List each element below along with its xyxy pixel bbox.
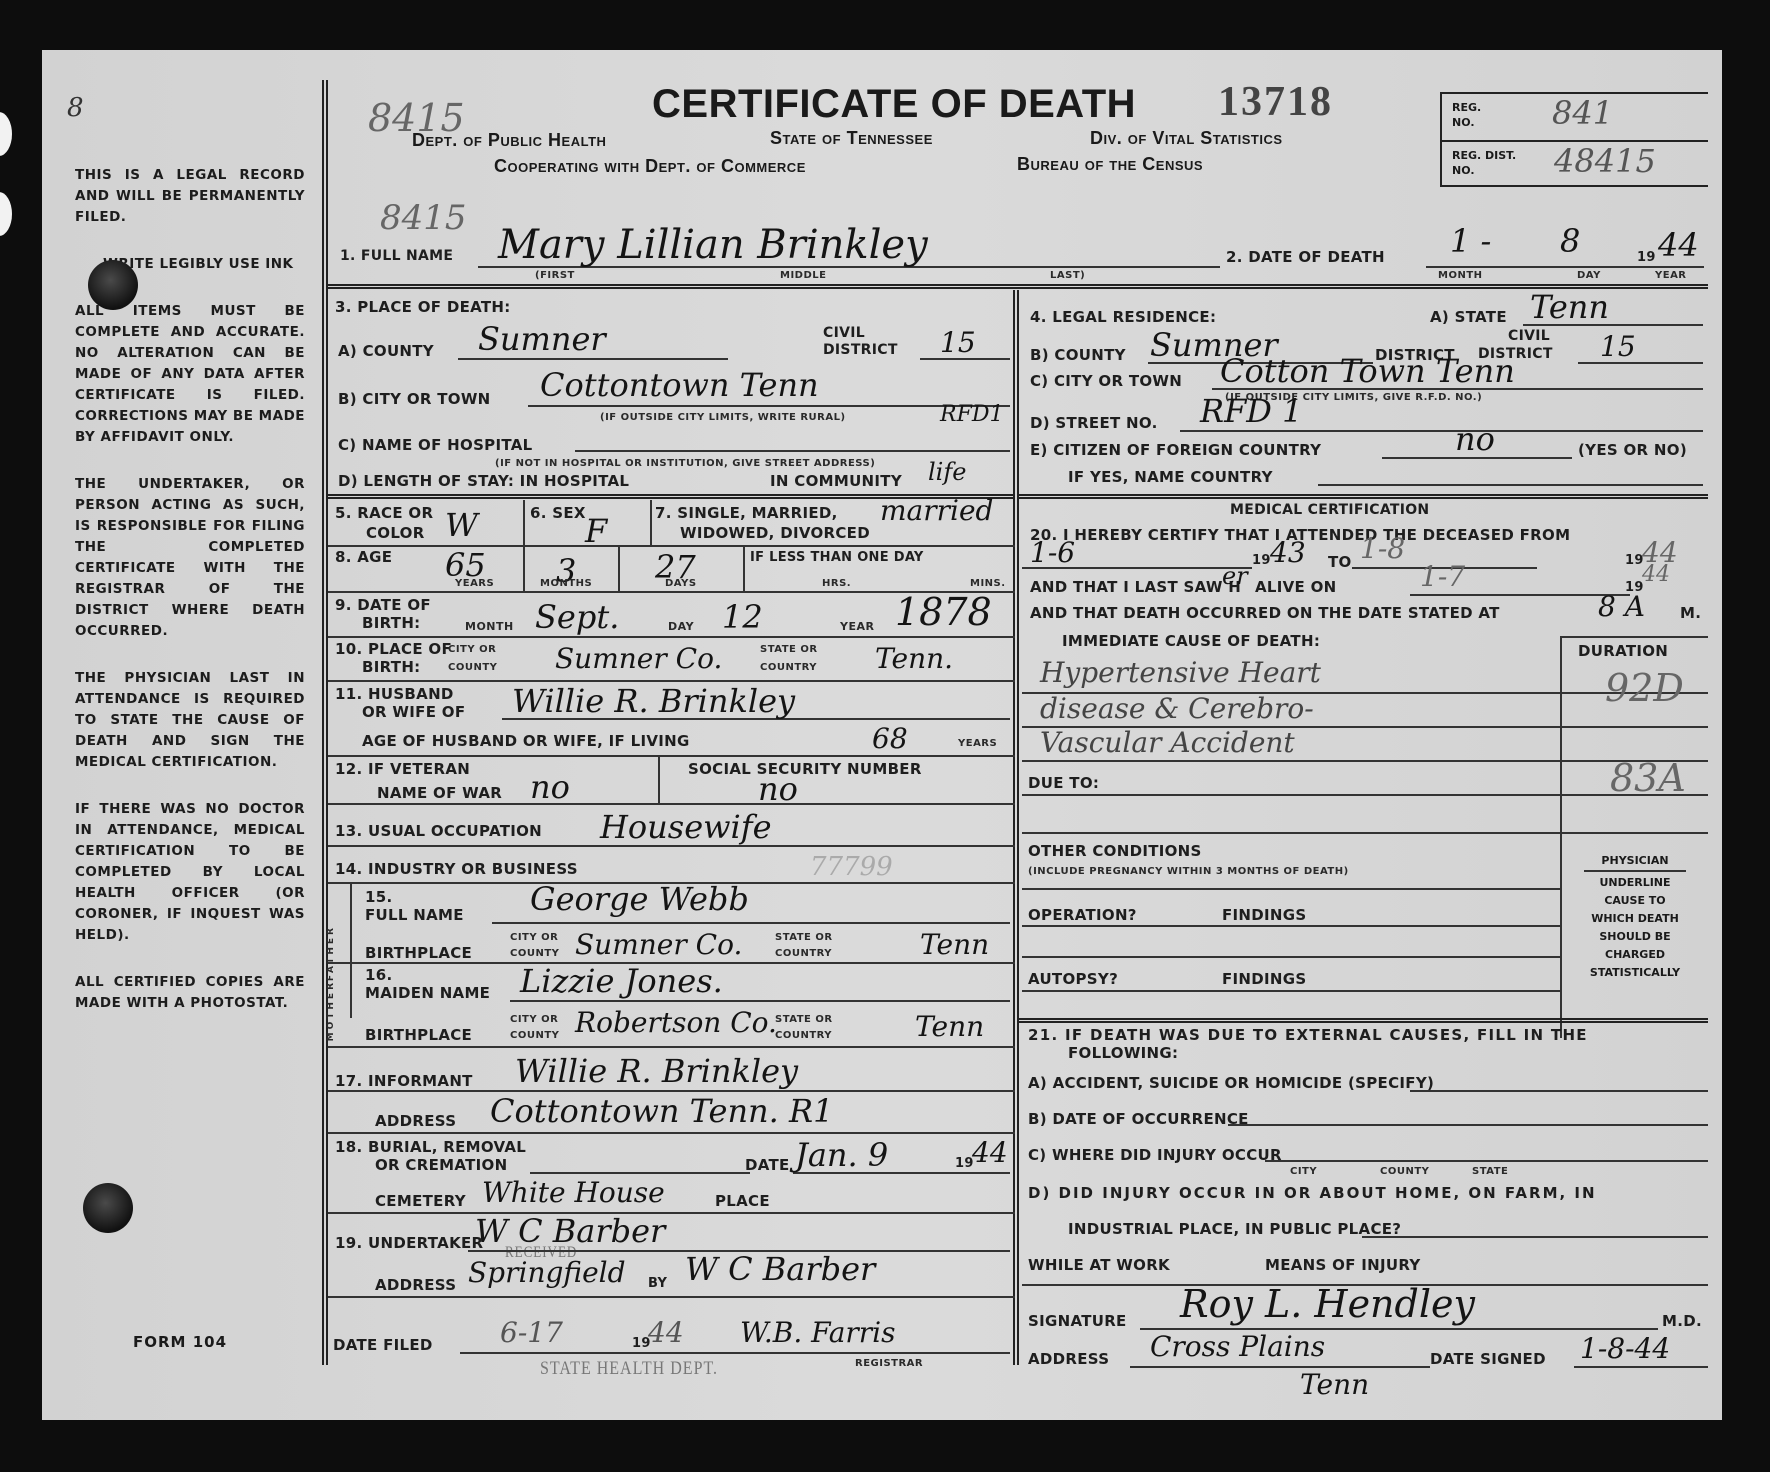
- by-label: BY: [648, 1276, 667, 1291]
- race-value: W: [445, 506, 478, 544]
- death-day: 8: [1560, 222, 1580, 260]
- ext-d-line: [1362, 1236, 1708, 1238]
- cell-divider: [618, 545, 620, 591]
- cause-line-1: Hypertensive Heart: [1040, 656, 1321, 689]
- burial-date-label: DATE: [745, 1156, 790, 1174]
- date-filed-label: DATE FILED: [333, 1336, 433, 1354]
- spouse-name-value: Willie R. Brinkley: [512, 682, 795, 720]
- duration-top: [1560, 636, 1708, 638]
- duration-2: 83A: [1610, 756, 1686, 800]
- in-community-label: IN COMMUNITY: [770, 472, 902, 490]
- film-punch-hole: [0, 112, 12, 156]
- ext-b-label: B) DATE OF OCCURRENCE: [1028, 1110, 1249, 1128]
- res-civil-label: CIVIL: [1508, 328, 1550, 344]
- section-divider: [328, 284, 1708, 289]
- death-time-label: AND THAT DEATH OCCURRED ON THE DATE STAT…: [1030, 604, 1500, 622]
- physician-signature: Roy L. Hendley: [1180, 1282, 1475, 1326]
- burial-date-value: Jan. 9: [795, 1136, 888, 1174]
- date-of-death-line: [1426, 266, 1704, 268]
- bureau-name: Bureau of the Census: [1017, 154, 1203, 175]
- birth-year-value: 1878: [895, 590, 992, 634]
- autopsy-line: [1022, 990, 1560, 992]
- spouse-age-label: AGE OF HUSBAND OR WIFE, IF LIVING: [362, 732, 690, 750]
- death-city-line: [528, 405, 1010, 407]
- informant-address-label: ADDRESS: [375, 1112, 456, 1130]
- father-country-label: COUNTRY: [775, 948, 832, 959]
- cell-divider: [743, 545, 745, 591]
- last-saw-pronoun: er: [1222, 562, 1248, 590]
- ext-a-label: A) ACCIDENT, SUICIDE OR HOMICIDE (SPECIF…: [1028, 1074, 1434, 1092]
- ext-c-county: COUNTY: [1380, 1166, 1429, 1177]
- instruction-legal-record: THIS IS A LEGAL RECORD AND WILL BE PERMA…: [75, 165, 305, 228]
- date-of-death-label: 2. DATE OF DEATH: [1226, 248, 1385, 266]
- death-time-value: 8 A: [1598, 590, 1645, 623]
- last-saw-date: 1-7: [1420, 560, 1465, 593]
- physician-note-line: CHARGED: [1562, 946, 1708, 964]
- informant-value: Willie R. Brinkley: [515, 1052, 798, 1090]
- place-of-death-label: 3. PLACE OF DEATH:: [335, 298, 511, 316]
- instruction-physician: THE PHYSICIAN LAST IN ATTENDANCE IS REQU…: [75, 668, 305, 773]
- registration-box: REG. NO. 841 REG. DIST. NO. 48415: [1440, 92, 1708, 187]
- spouse-age-value: 68: [872, 722, 908, 755]
- war-label: NAME OF WAR: [377, 784, 502, 802]
- birth-year-label: YEAR: [840, 620, 874, 633]
- marital-value: married: [880, 494, 993, 527]
- death-district-label: DISTRICT: [823, 342, 898, 358]
- father-birthplace-label: BIRTHPLACE: [365, 944, 472, 962]
- death-rural-value: RFD1: [940, 402, 1003, 427]
- length-of-stay-label: D) LENGTH OF STAY: IN HOSPITAL: [338, 472, 629, 490]
- burial-line: [530, 1172, 750, 1174]
- birth-day-label: DAY: [668, 620, 694, 633]
- binder-hole: [88, 260, 138, 310]
- date-signed-line: [1574, 1366, 1708, 1368]
- veteran-label: 12. IF VETERAN: [335, 760, 470, 778]
- autopsy-findings-label: FINDINGS: [1222, 970, 1306, 988]
- reg-dist-row: REG. DIST. NO. 48415: [1442, 140, 1708, 187]
- physician-note-line: WHICH DEATH: [1562, 910, 1708, 928]
- undertaker-address-value: Springfield: [468, 1256, 626, 1289]
- from-year-prefix: 19: [1252, 553, 1271, 568]
- death-time-suffix: M.: [1680, 604, 1701, 622]
- row-divider: [328, 755, 1015, 757]
- column-divider: [322, 80, 328, 1365]
- mother-name-line: [510, 1000, 1010, 1002]
- occupation-value: Housewife: [600, 808, 772, 846]
- marital-label-2: WIDOWED, DIVORCED: [680, 524, 870, 542]
- date-filed-value: 6-17: [500, 1316, 563, 1349]
- physician-address-value: Cross Plains: [1150, 1330, 1325, 1363]
- state-health-stamp: STATE HEALTH DEPT.: [540, 1358, 718, 1380]
- due-to-label: DUE TO:: [1028, 774, 1099, 792]
- ext-c-city: CITY: [1290, 1166, 1317, 1177]
- reg-no-row: REG. NO. 841: [1442, 94, 1708, 141]
- ext-b-line: [1228, 1124, 1708, 1126]
- mother-county-label: COUNTY: [510, 1030, 559, 1041]
- res-citizen-label: E) CITIZEN OF FOREIGN COUNTRY: [1030, 441, 1321, 459]
- external-label-2: FOLLOWING:: [1068, 1044, 1178, 1062]
- father-city-label: CITY OR: [510, 932, 558, 943]
- physician-address-value-2: Tenn: [1300, 1368, 1369, 1401]
- from-date: 1-6: [1030, 536, 1075, 569]
- film-border-bottom: [0, 1420, 1770, 1472]
- father-num: 15.: [365, 888, 392, 906]
- res-citizen-note: (YES OR NO): [1578, 441, 1687, 459]
- age-days-sub: DAYS: [665, 578, 697, 589]
- father-name-line: [492, 922, 1010, 924]
- row-divider: [328, 636, 1015, 638]
- death-month: 1 -: [1450, 222, 1491, 260]
- cell-divider: [650, 500, 652, 545]
- middle-divider: [1013, 290, 1019, 1365]
- operation-line-2: [1022, 956, 1560, 958]
- sex-label: 6. SEX: [530, 504, 586, 522]
- informant-label: 17. INFORMANT: [335, 1072, 473, 1090]
- age-mins-sub: MINS.: [970, 578, 1006, 589]
- res-street-value: RFD 1: [1200, 392, 1302, 430]
- cause-line: [1022, 794, 1708, 796]
- birth-state-value: Tenn.: [875, 642, 953, 675]
- ssn-label: SOCIAL SECURITY NUMBER: [688, 760, 922, 778]
- duration-1: 92D: [1605, 666, 1684, 710]
- row-divider: [328, 803, 1015, 805]
- spouse-label: 11. HUSBAND: [335, 685, 454, 703]
- race-label: 5. RACE OR: [335, 504, 433, 522]
- death-county-value: Sumner: [478, 320, 606, 358]
- row-divider: [328, 1212, 1015, 1214]
- birth-date-label: 9. DATE OF: [335, 596, 431, 614]
- film-punch-hole: [0, 192, 12, 236]
- father-city-value: Sumner Co.: [575, 928, 742, 961]
- cause-label: IMMEDIATE CAUSE OF DEATH:: [1062, 632, 1320, 650]
- physician-note-line: SHOULD BE: [1562, 928, 1708, 946]
- instruction-complete: ALL ITEMS MUST BE COMPLETE AND ACCURATE.…: [75, 301, 305, 448]
- date-signed-label: DATE SIGNED: [1430, 1350, 1546, 1368]
- state-name: State of Tennessee: [770, 128, 933, 149]
- res-country-label: IF YES, NAME COUNTRY: [1068, 468, 1273, 486]
- row-divider: [328, 545, 1015, 547]
- death-district-value: 15: [940, 326, 976, 359]
- informant-address-value: Cottontown Tenn. R1: [490, 1092, 833, 1130]
- means-of-injury-label: MEANS OF INJURY: [1265, 1256, 1421, 1274]
- spouse-label-2: OR WIFE OF: [362, 703, 465, 721]
- birth-city-label: CITY OR: [448, 644, 496, 655]
- cause-line-2: disease & Cerebro-: [1040, 692, 1314, 725]
- physician-note-line: UNDERLINE: [1562, 874, 1708, 892]
- form-number: FORM 104: [133, 1333, 227, 1351]
- industry-stamp: 77799: [810, 852, 893, 882]
- reg-dist-label: REG. DIST. NO.: [1452, 148, 1532, 178]
- birth-place-label-2: BIRTH:: [362, 658, 420, 676]
- section-divider: [1019, 1018, 1708, 1023]
- father-state-value: Tenn: [920, 928, 989, 961]
- age-hrs-sub: HRS.: [822, 578, 851, 589]
- occupation-label: 13. USUAL OCCUPATION: [335, 822, 542, 840]
- res-street-line: [1180, 430, 1703, 432]
- mother-name-label: MAIDEN NAME: [365, 984, 490, 1002]
- cell-divider: [523, 545, 525, 591]
- mother-state-label: STATE OR: [775, 1014, 833, 1025]
- cause-line-3: Vascular Accident: [1040, 726, 1295, 759]
- mother-city-label: CITY OR: [510, 1014, 558, 1025]
- physician-note-title: PHYSICIAN: [1584, 852, 1686, 872]
- res-state-label: A) STATE: [1430, 308, 1507, 326]
- registrar-signature: W.B. Farris: [740, 1316, 895, 1349]
- father-county-label: COUNTY: [510, 948, 559, 959]
- mother-birthplace-label: BIRTHPLACE: [365, 1026, 472, 1044]
- less-than-day-label: IF LESS THAN ONE DAY: [750, 550, 924, 565]
- hospital-line: [575, 450, 1010, 452]
- cause-line: [1022, 760, 1708, 762]
- mother-num: 16.: [365, 966, 392, 984]
- death-day-sub: DAY: [1577, 270, 1601, 281]
- birth-county-value: Sumner Co.: [555, 642, 722, 675]
- in-community-value: life: [928, 458, 966, 486]
- burial-label-2: OR CREMATION: [375, 1156, 507, 1174]
- ext-d-label-2: INDUSTRIAL PLACE, IN PUBLIC PLACE?: [1068, 1220, 1401, 1238]
- age-label: 8. AGE: [335, 548, 392, 566]
- war-value: no: [530, 768, 570, 806]
- last-saw-label: AND THAT I LAST SAW H: [1030, 578, 1241, 596]
- burial-year-prefix: 19: [955, 1156, 974, 1171]
- registrar-label: REGISTRAR: [855, 1358, 923, 1369]
- ext-c-state: STATE: [1472, 1166, 1508, 1177]
- physician-note-line: CAUSE TO: [1562, 892, 1708, 910]
- res-county-label: B) COUNTY: [1030, 346, 1126, 364]
- father-name-label: FULL NAME: [365, 906, 464, 924]
- operation-findings-label: FINDINGS: [1222, 906, 1306, 924]
- res-country-line: [1318, 484, 1703, 486]
- external-label: 21. IF DEATH WAS DUE TO EXTERNAL CAUSES,…: [1028, 1026, 1588, 1044]
- division-name: Div. of Vital Statistics: [1090, 128, 1283, 149]
- document-title: CERTIFICATE OF DEATH: [652, 82, 1136, 127]
- hospital-note: (IF NOT IN HOSPITAL OR INSTITUTION, GIVE…: [495, 458, 875, 469]
- duration-label: DURATION: [1578, 642, 1668, 660]
- age-years-sub: YEARS: [455, 578, 494, 589]
- to-label: TO: [1328, 553, 1352, 571]
- death-city-label: B) CITY OR TOWN: [338, 390, 491, 408]
- full-name-middle-sub: MIDDLE: [780, 270, 826, 281]
- father-state-label: STATE OR: [775, 932, 833, 943]
- physician-note-line: STATISTICALLY: [1562, 964, 1708, 982]
- age-months-sub: MONTHS: [540, 578, 592, 589]
- mother-country-label: COUNTRY: [775, 1030, 832, 1041]
- ext-c-label: C) WHERE DID INJURY OCCUR: [1028, 1146, 1282, 1164]
- operation-label: OPERATION?: [1028, 906, 1137, 924]
- undertaker-address-label: ADDRESS: [375, 1276, 456, 1294]
- date-signed-value: 1-8-44: [1580, 1332, 1670, 1365]
- other-line: [1022, 888, 1560, 890]
- father-side-label: FATHER: [326, 925, 336, 981]
- cell-divider: [658, 755, 660, 803]
- reg-no-value: 841: [1552, 94, 1613, 132]
- instruction-undertaker: THE UNDERTAKER, OR PERSON ACTING AS SUCH…: [75, 474, 305, 642]
- full-name-label: 1. FULL NAME: [340, 248, 453, 264]
- reg-no-label: REG. NO.: [1452, 100, 1492, 130]
- death-year: 44: [1658, 226, 1699, 264]
- signature-label: SIGNATURE: [1028, 1312, 1127, 1330]
- due-to-line: [1022, 832, 1708, 834]
- instruction-photostat: ALL CERTIFIED COPIES ARE MADE WITH A PHO…: [75, 972, 305, 1014]
- full-name-first-sub: (FIRST: [535, 270, 575, 281]
- birth-country-label: COUNTRY: [760, 662, 817, 673]
- undertaker-label: 19. UNDERTAKER: [335, 1234, 483, 1252]
- death-county-label: A) COUNTY: [338, 342, 434, 360]
- by-value: W C Barber: [685, 1250, 875, 1288]
- to-year-prefix: 19: [1625, 553, 1644, 568]
- ext-d-label: D) DID INJURY OCCUR IN OR ABOUT HOME, ON…: [1028, 1184, 1597, 1202]
- physician-address-line: [1130, 1366, 1430, 1368]
- race-color-label: COLOR: [366, 524, 425, 542]
- last-saw-line: [1410, 594, 1630, 596]
- father-name-value: George Webb: [530, 880, 749, 918]
- hospital-label: C) NAME OF HOSPITAL: [338, 436, 532, 454]
- birth-month-label: MONTH: [465, 620, 514, 633]
- birth-state-label: STATE OR: [760, 644, 818, 655]
- res-citizen-value: no: [1455, 420, 1495, 458]
- cell-divider: [350, 882, 352, 1018]
- death-civil-label: CIVIL: [823, 325, 865, 341]
- md-label: M.D.: [1662, 1312, 1702, 1330]
- date-filed-line: [460, 1352, 1010, 1354]
- row-divider: [328, 1296, 1015, 1298]
- binder-hole: [83, 1183, 133, 1233]
- cell-divider: [523, 500, 525, 545]
- ext-a-line: [1410, 1090, 1708, 1092]
- death-county-line: [458, 358, 728, 360]
- mother-name-value: Lizzie Jones.: [520, 962, 723, 1000]
- birth-county-label: COUNTY: [448, 662, 497, 673]
- full-name-last-sub: LAST): [1050, 270, 1085, 281]
- death-year-prefix: 19: [1637, 250, 1656, 265]
- res-state-value: Tenn: [1530, 288, 1609, 326]
- mother-city-value: Robertson Co.: [575, 1006, 777, 1039]
- birth-place-label: 10. PLACE OF: [335, 640, 452, 658]
- burial-year: 44: [972, 1136, 1008, 1169]
- row-divider: [328, 1132, 1015, 1134]
- death-city-value: Cottontown Tenn: [540, 366, 819, 404]
- res-district-line: [1578, 362, 1703, 364]
- medical-heading: MEDICAL CERTIFICATION: [1230, 502, 1429, 518]
- cemetery-label: CEMETERY: [375, 1192, 466, 1210]
- mother-side-label: MOTHER: [326, 980, 336, 1041]
- death-city-note: (IF OUTSIDE CITY LIMITS, WRITE RURAL): [600, 412, 846, 423]
- dept-public-health: Dept. of Public Health: [412, 130, 606, 151]
- cemetery-value: White House: [482, 1176, 665, 1209]
- handwritten-file-number: 8415: [380, 198, 467, 238]
- birth-date-label-2: BIRTH:: [362, 614, 420, 632]
- birth-day-value: 12: [722, 598, 763, 636]
- to-date: 1-8: [1360, 532, 1405, 565]
- legal-residence-label: 4. LEGAL RESIDENCE:: [1030, 308, 1216, 326]
- spouse-age-unit: YEARS: [958, 738, 997, 749]
- page-mark: 8: [67, 93, 84, 123]
- last-saw-label-2: ALIVE ON: [1255, 578, 1337, 596]
- birth-month-value: Sept.: [535, 598, 619, 636]
- other-conditions-note: (INCLUDE PREGNANCY WITHIN 3 MONTHS OF DE…: [1028, 866, 1349, 877]
- ext-c-line: [1265, 1160, 1708, 1162]
- instruction-no-doctor: IF THERE WAS NO DOCTOR IN ATTENDANCE, ME…: [75, 799, 305, 946]
- res-street-label: D) STREET NO.: [1030, 414, 1158, 432]
- operation-line: [1022, 925, 1560, 927]
- cooperating-dept: Cooperating with Dept. of Commerce: [494, 156, 806, 177]
- res-city-value: Cotton Town Tenn: [1220, 352, 1515, 390]
- section-divider: [1019, 494, 1708, 499]
- date-filed-year: 44: [648, 1316, 684, 1349]
- place-label: PLACE: [715, 1192, 770, 1210]
- mother-state-value: Tenn: [915, 1010, 984, 1043]
- other-conditions-label: OTHER CONDITIONS: [1028, 842, 1202, 860]
- physician-address-label: ADDRESS: [1028, 1350, 1109, 1368]
- death-month-sub: MONTH: [1438, 270, 1483, 281]
- last-saw-year: 44: [1642, 562, 1670, 587]
- burial-label: 18. BURIAL, REMOVAL: [335, 1138, 526, 1156]
- row-divider: [328, 845, 1015, 847]
- while-at-work-label: WHILE AT WORK: [1028, 1256, 1170, 1274]
- autopsy-label: AUTOPSY?: [1028, 970, 1118, 988]
- physician-note: PHYSICIAN UNDERLINE CAUSE TO WHICH DEATH…: [1562, 852, 1708, 982]
- certificate-number: 13718: [1218, 78, 1333, 126]
- res-city-label: C) CITY OR TOWN: [1030, 372, 1182, 390]
- industry-label: 14. INDUSTRY OR BUSINESS: [335, 860, 578, 878]
- full-name-value: Mary Lillian Brinkley: [498, 222, 928, 268]
- row-divider: [328, 1046, 1015, 1048]
- res-district-value: 15: [1600, 330, 1636, 363]
- from-year: 43: [1270, 536, 1306, 569]
- reg-dist-value: 48415: [1554, 142, 1656, 180]
- marital-label: 7. SINGLE, MARRIED,: [655, 504, 838, 522]
- death-year-sub: YEAR: [1655, 270, 1687, 281]
